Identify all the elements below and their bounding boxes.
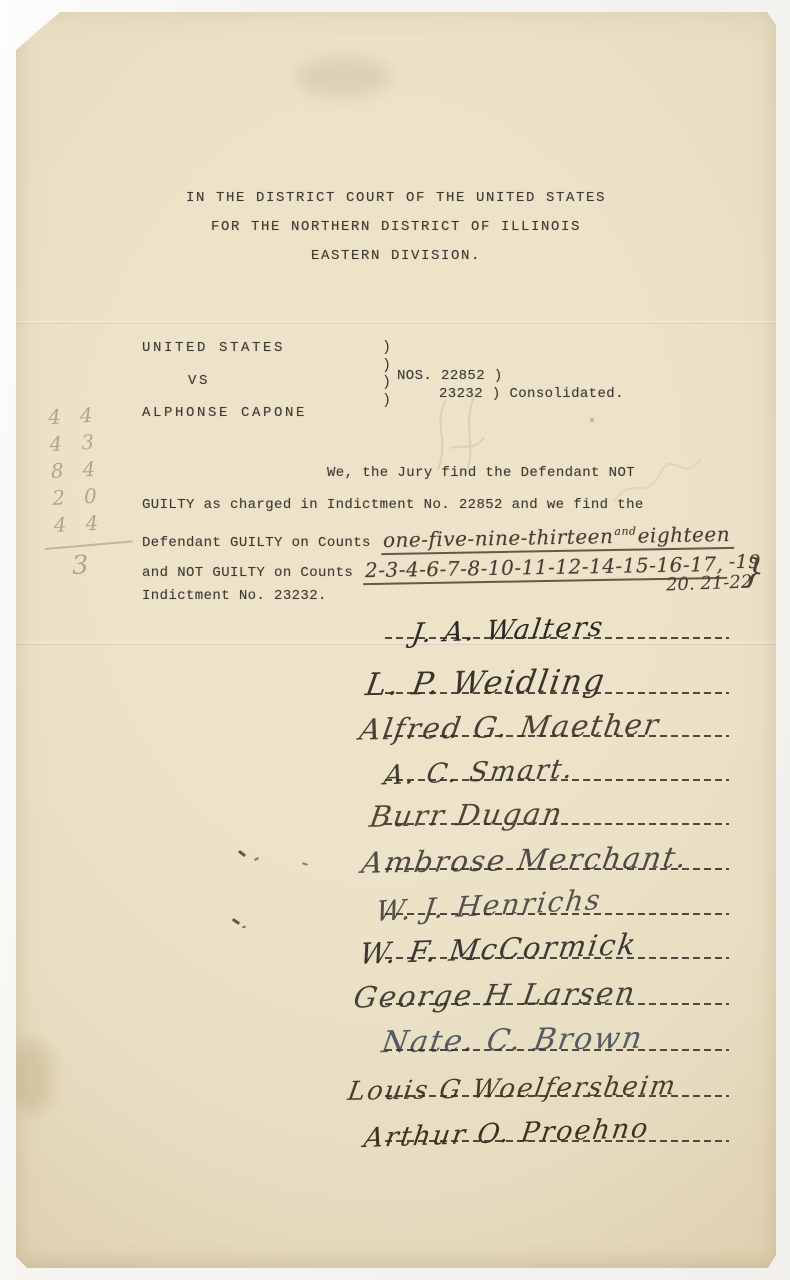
pencil-note-row: 2 0 (52, 481, 131, 512)
pencil-note-rows: 4 44 38 42 04 4 (47, 400, 132, 539)
verdict-line-3: Defendant GUILTY on Countsone-five-nine-… (142, 527, 734, 554)
juror-signature-row: George H Larsen (352, 959, 744, 1005)
verdict-line-5: Indictment No. 23232. (142, 588, 327, 604)
guilty-counts-words: one-five-nine-thirteen (383, 524, 614, 552)
not-guilty-counts-prefix: and NOT GUILTY on Counts (142, 565, 353, 581)
pencil-note-row: 8 4 (50, 454, 129, 485)
pencil-mark (242, 925, 246, 928)
court-name-line: IN THE DISTRICT COURT OF THE UNITED STAT… (16, 184, 776, 213)
district-line: FOR THE NORTHERN DISTRICT OF ILLINOIS (16, 213, 776, 242)
signature-line (385, 1140, 729, 1142)
verdict-line-1: We, the Jury find the Defendant NOT (327, 465, 635, 481)
bracket-paren: ) (382, 339, 391, 357)
caption-bracket: ) ) ) ) (382, 339, 391, 409)
juror-signature: Arthur O. Proehno (362, 1113, 652, 1154)
signature-line (385, 637, 729, 639)
juror-signature-row: Nate. C. Brown (352, 1005, 744, 1051)
bracket-paren: ) (382, 392, 391, 410)
court-header: IN THE DISTRICT COURT OF THE UNITED STAT… (16, 184, 776, 271)
division-line: EASTERN DIVISION. (16, 242, 776, 271)
pencil-mark (302, 862, 308, 866)
consolidated-label: Consolidated. (509, 386, 623, 402)
case-paren: ) (494, 368, 503, 384)
guilty-counts-handwritten: one-five-nine-thirteenandeighteen (381, 522, 735, 555)
juror-signature-row: Burr Dugan (352, 779, 744, 825)
pencil-note-row: 4 4 (53, 508, 132, 539)
not-guilty-counts-overflow: 20. 21-22 (666, 572, 753, 596)
case-numbers-line-1: NOS. 22852 ) (397, 368, 503, 384)
paper-smudge (296, 57, 391, 97)
case-number-2: 23232 (439, 386, 483, 402)
pencil-mark (232, 918, 240, 925)
guilty-counts-insert: and (614, 525, 636, 538)
case-number-1: 22852 (441, 368, 485, 384)
juror-signature-row: J. A. Walters (352, 593, 744, 639)
pencil-mark (238, 850, 246, 857)
versus-label: VS (188, 373, 210, 389)
paper-stain (10, 1040, 54, 1114)
pencil-margin-notes: 4 44 38 42 04 4 3 (47, 400, 134, 582)
defendant-name: ALPHONSE CAPONE (142, 405, 307, 421)
fold-crease (16, 642, 776, 645)
bracket-paren: ) (382, 374, 391, 392)
fold-crease (16, 321, 776, 324)
bracket-paren: ) (382, 357, 391, 375)
pencil-note-row: 4 4 (47, 400, 126, 431)
juror-signature-row: Louis G Woelfersheim (352, 1051, 744, 1097)
guilty-counts-words-end: eighteen (637, 522, 730, 548)
juror-signature-row: Alfred G. Maether (352, 691, 744, 737)
juror-signature-row: W. J. Henrichs (352, 869, 744, 915)
pencil-note-total: 3 (71, 548, 134, 581)
case-numbers-line-2: 23232 ) Consolidated. (439, 386, 624, 402)
pencil-note-row: 4 3 (49, 427, 128, 458)
overflow-brace: } (741, 551, 767, 593)
juror-signature-row: L. P. Weidling (352, 648, 744, 694)
juror-signature-row: W. F. McCormick (352, 913, 744, 959)
verdict-line-2: GUILTY as charged in Indictment No. 2285… (142, 497, 644, 513)
plaintiff-name: UNITED STATES (142, 340, 285, 356)
nos-label: NOS. (397, 368, 432, 384)
pencil-mark (254, 857, 259, 861)
juror-signature-row: A. C. Smart. (352, 735, 744, 781)
case-paren: ) (492, 386, 501, 402)
juror-signature-row: Ambrose Merchant. (352, 824, 744, 870)
guilty-counts-prefix: Defendant GUILTY on Counts (142, 535, 371, 551)
juror-signature-row: Arthur O. Proehno (352, 1096, 744, 1142)
document-page: IN THE DISTRICT COURT OF THE UNITED STAT… (16, 12, 776, 1268)
paper-spot (590, 418, 594, 422)
